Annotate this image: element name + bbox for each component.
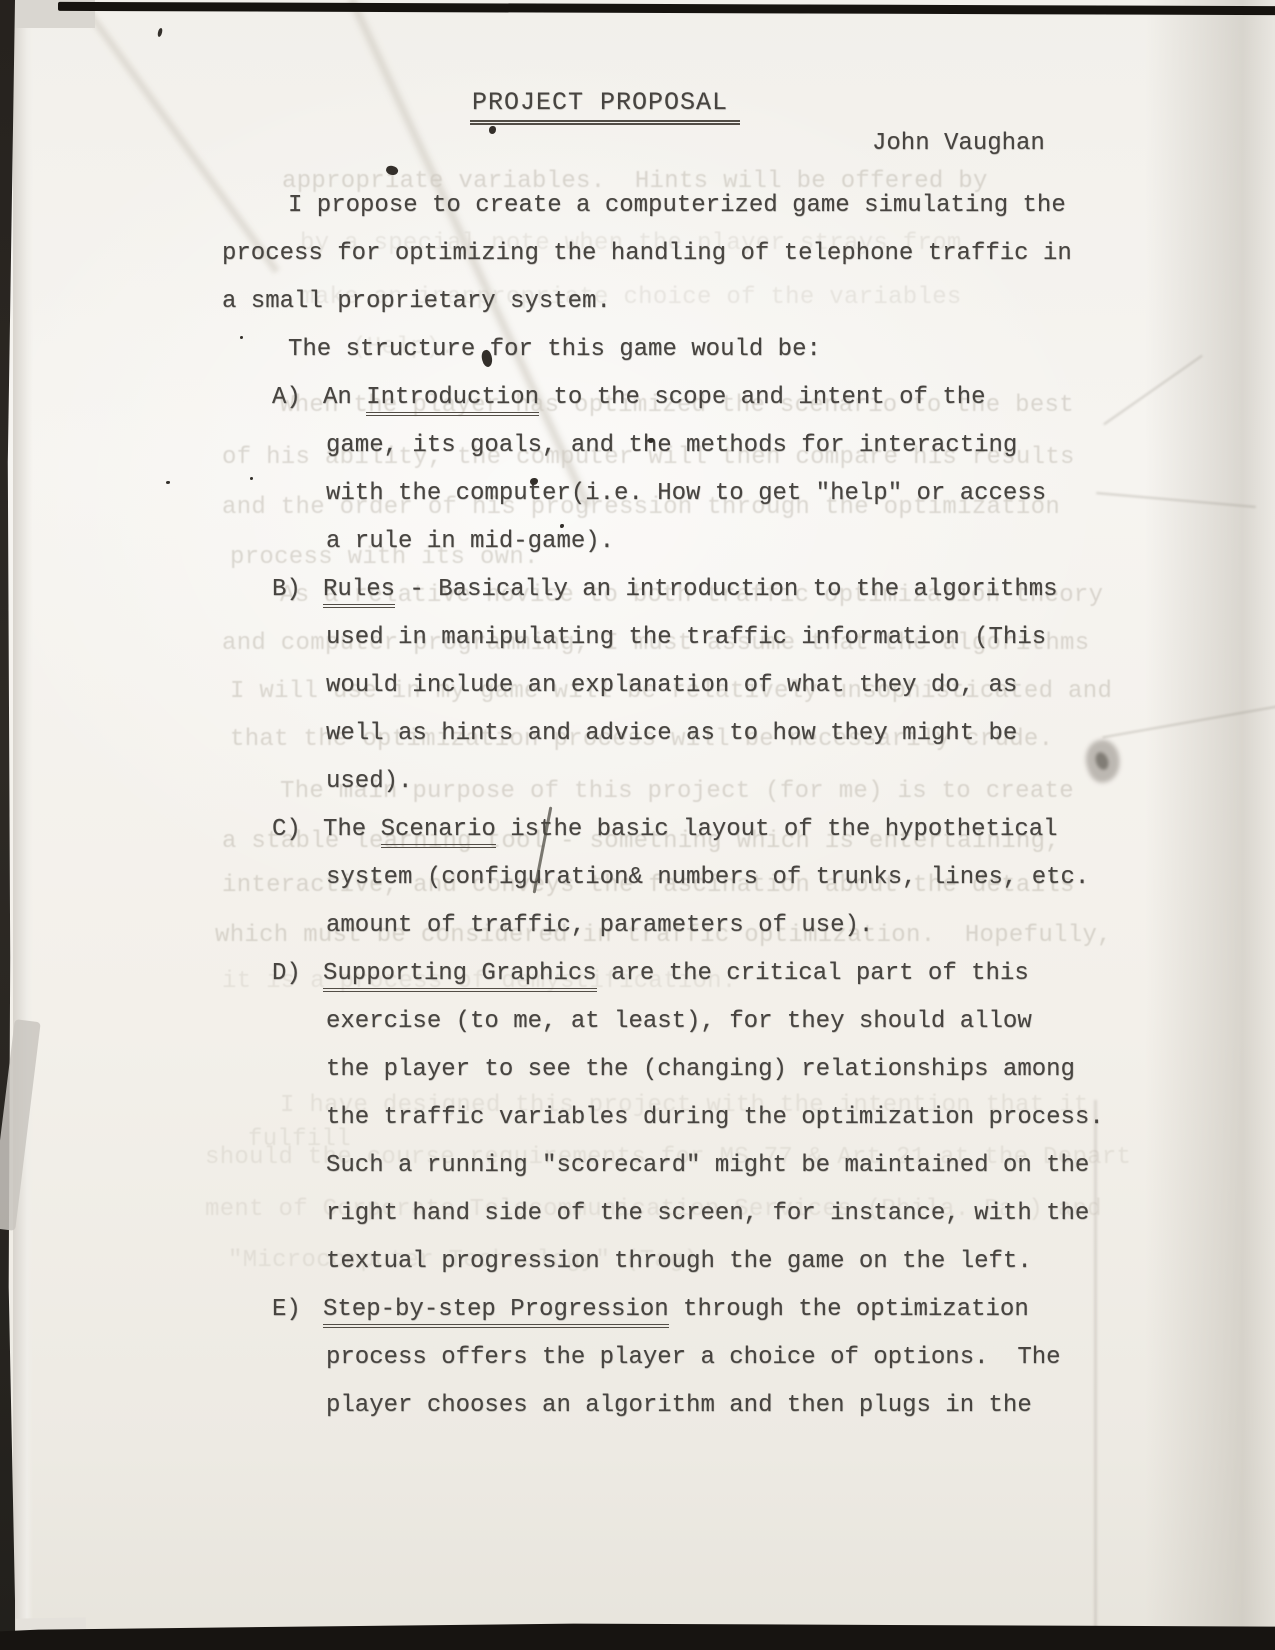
text-line: system (configuration& numbers of trunks… [326,854,1275,902]
text-line: well as hints and advice as to how they … [326,710,1275,758]
author-name: John Vaughan [872,130,1045,157]
text-line: D)Supporting Graphics are the critical p… [272,950,1275,998]
text-line: the player to see the (changing) relatio… [326,1046,1275,1094]
text-line: A)An Introduction to the scope and inten… [272,374,1275,422]
item-label: E) [272,1286,323,1334]
underlined-term: Supporting Graphics [323,960,597,992]
text-line: used). [326,758,1275,806]
text-line: would include an explanation of what the… [326,662,1275,710]
text-line: amount of traffic, parameters of use). [326,902,1275,950]
text-line: The structure for this game would be: [288,326,1275,374]
text-line: process offers the player a choice of op… [326,1334,1275,1382]
text-line: textual progression through the game on … [326,1238,1275,1286]
underlined-term: Step-by-step Progression [323,1296,669,1328]
underlined-term: Rules [323,576,395,608]
text-line: player chooses an algorithm and then plu… [326,1382,1275,1430]
text-line: a small proprietary system. [222,278,1275,326]
scanned-document-page: appropriate variables. Hints will be off… [0,0,1275,1650]
text-line: a rule in mid-game). [326,518,1275,566]
underlined-term: Introduction [366,384,539,416]
item-label: D) [272,950,323,998]
text-line: with the computer(i.e. How to get "help"… [326,470,1275,518]
text-line: game, its goals, and the methods for int… [326,422,1275,470]
text-line: I propose to create a computerized game … [288,182,1275,230]
page-title: PROJECT PROPOSAL [470,88,740,125]
text-line: used in manipulating the traffic informa… [326,614,1275,662]
text-line: Such a running "scorecard" might be main… [326,1142,1275,1190]
text-line: E)Step-by-step Progression through the o… [272,1286,1275,1334]
text-line: process for optimizing the handling of t… [222,230,1275,278]
text-line: C)The Scenario isthe basic layout of the… [272,806,1275,854]
text-line: the traffic variables during the optimiz… [326,1094,1275,1142]
underlined-term: Scenario [381,816,496,848]
item-label: C) [272,806,323,854]
item-label: B) [272,566,323,614]
text-line: right hand side of the screen, for insta… [326,1190,1275,1238]
text-flow: I propose to create a computerized game … [0,182,1275,1430]
text-line: exercise (to me, at least), for they sho… [326,998,1275,1046]
item-label: A) [272,374,323,422]
text-line: B)Rules - Basically an introduction to t… [272,566,1275,614]
